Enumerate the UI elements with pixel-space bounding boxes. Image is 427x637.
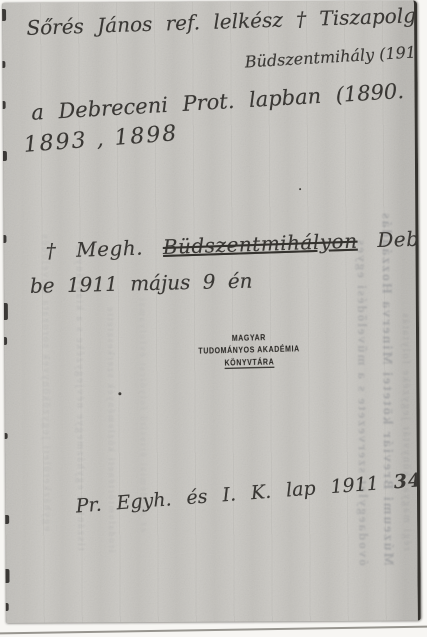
scanned-page: egyházkerületi jegyzőkönyvek sorozata mű… bbox=[0, 0, 427, 637]
ink-speck bbox=[118, 392, 121, 395]
edge-tear-mark bbox=[3, 235, 6, 243]
death-suffix: Debrecen bbox=[357, 225, 421, 253]
death-prefix: † Megh. bbox=[45, 235, 163, 263]
library-stamp: MAGYAR TUDOMÁNYOS AKADÉMIA KÖNYVTÁRA bbox=[194, 331, 305, 371]
edge-tear-mark bbox=[3, 151, 7, 161]
ink-speck bbox=[299, 188, 301, 190]
edge-tear-mark bbox=[2, 9, 6, 21]
edge-tear-mark bbox=[5, 515, 9, 524]
background-edge-line bbox=[0, 626, 427, 635]
edge-tear-mark bbox=[4, 337, 7, 345]
index-card: egyházkerületi jegyzőkönyvek sorozata mű… bbox=[2, 0, 421, 623]
edge-tear-mark bbox=[5, 433, 8, 439]
edge-tear-mark bbox=[2, 61, 5, 68]
edge-tear-mark bbox=[5, 569, 9, 583]
edge-tear-mark bbox=[3, 101, 6, 109]
edge-tear-mark bbox=[6, 603, 9, 611]
edge-tear-mark bbox=[4, 303, 8, 320]
stamp-line-3: KÖNYVTÁRA bbox=[194, 356, 304, 371]
